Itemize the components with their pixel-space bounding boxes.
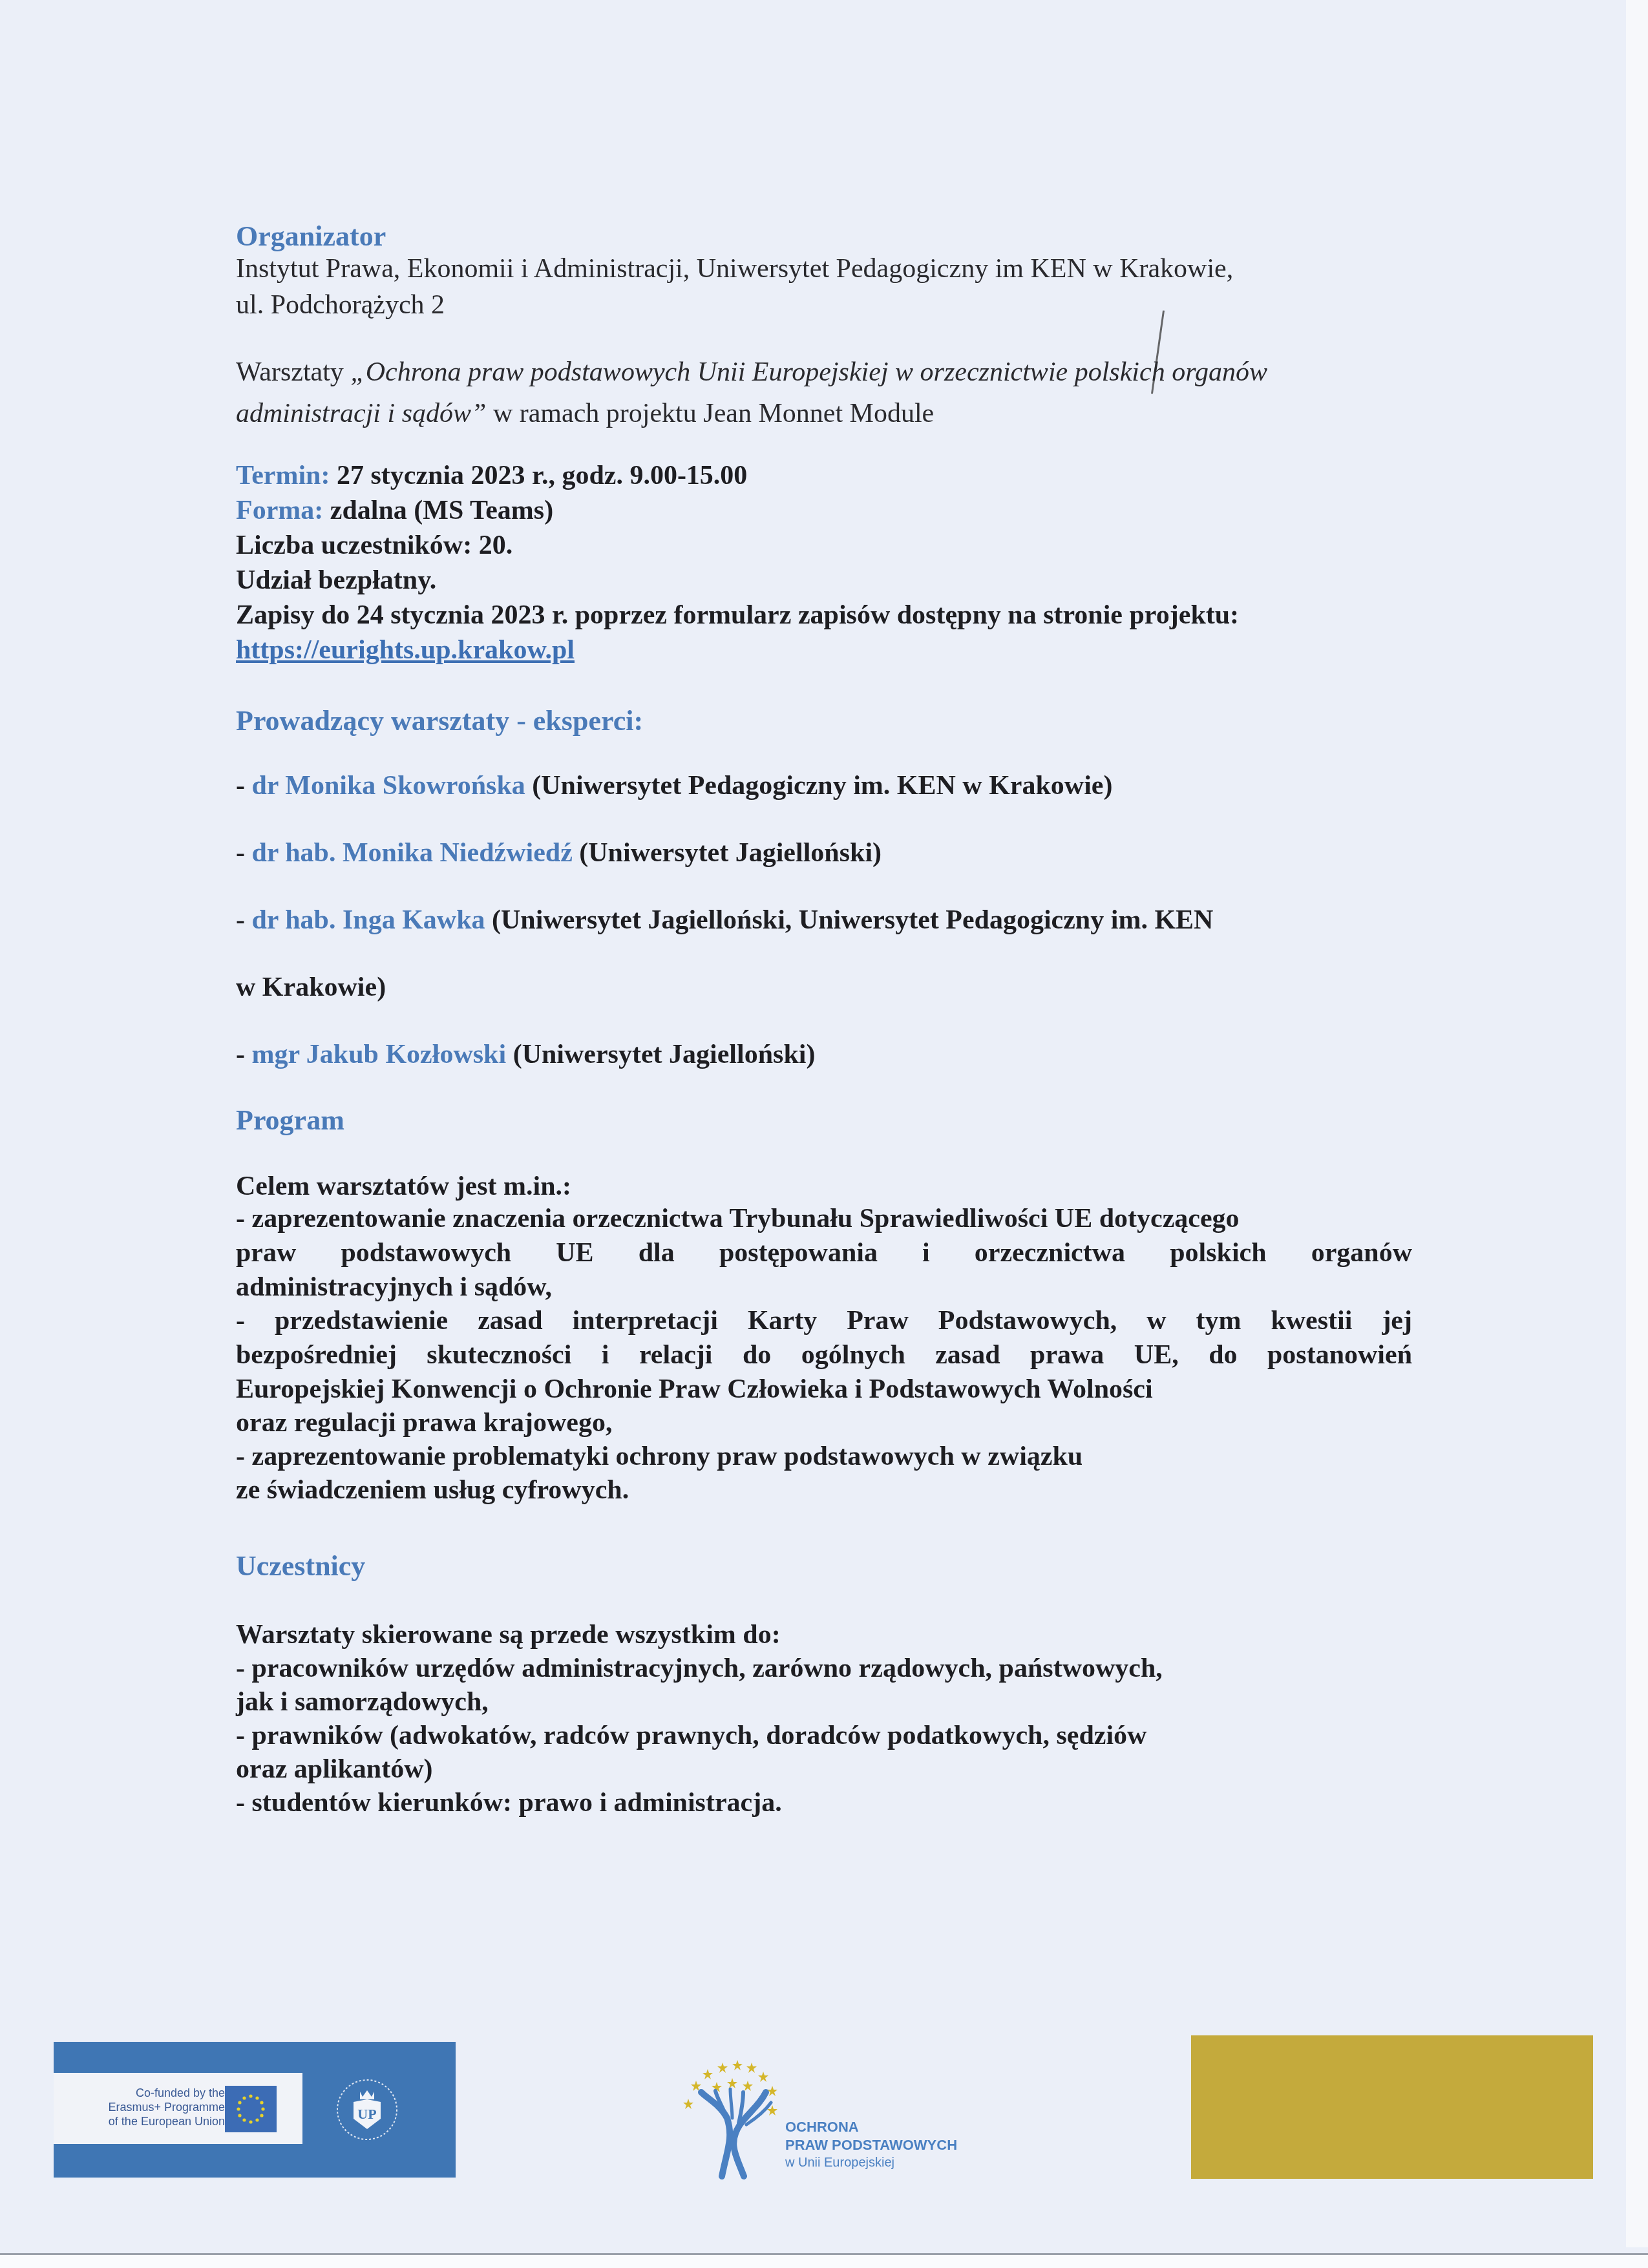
participants-line: - prawników (adwokatów, radców prawnych,… [236,1720,1146,1751]
program-line: ze świadczeniem usług cyfrowych. [236,1475,629,1506]
date-row: Termin: 27 stycznia 2023 r., godz. 9.00-… [236,460,747,491]
date-value: 27 stycznia 2023 r., godz. 9.00-15.00 [330,461,747,490]
gold-placeholder-block [1191,2035,1593,2179]
registration-info: Zapisy do 24 stycznia 2023 r. poprzez fo… [236,600,1239,631]
participants-line: jak i samorządowych, [236,1686,489,1717]
expert-dash: - [236,838,252,868]
workshop-suffix: w ramach projektu Jean Monnet Module [486,399,934,428]
expert-affiliation-continued: w Krakowie) [236,972,386,1003]
expert-item: - mgr Jakub Kozłowski (Uniwersytet Jagie… [236,1039,815,1070]
form-row: Forma: zdalna (MS Teams) [236,495,553,526]
program-line: praw podstawowych UE dla postępowania i … [236,1237,1412,1268]
program-line: oraz regulacji prawa krajowego, [236,1407,612,1438]
program-line: - zaprezentowanie problematyki ochrony p… [236,1441,1083,1472]
erasmus-white-band: Co-funded by the Erasmus+ Programme of t… [54,2073,302,2144]
expert-name: mgr Jakub Kozłowski [252,1040,507,1069]
svg-text:UP: UP [357,2106,376,2122]
expert-affiliation: (Uniwersytet Pedagogiczny im. KEN w Krak… [525,771,1113,801]
erasmus-cofunded-logo: Co-funded by the Erasmus+ Programme of t… [54,2042,456,2178]
participants-line: - pracowników urzędów administracyjnych,… [236,1653,1163,1684]
up-university-crest-icon: UP [332,2077,403,2142]
participants-heading: Uczestnicy [236,1549,365,1582]
program-intro: Celem warsztatów jest m.in.: [236,1171,571,1202]
workshop-prefix: Warsztaty [236,357,350,387]
project-logo-line-2: PRAW PODSTAWOWYCH [785,2136,957,2154]
organizer-line-1: Instytut Prawa, Ekonomii i Administracji… [236,253,1233,284]
expert-item: - dr hab. Monika Niedźwiedź (Uniwersytet… [236,837,882,868]
expert-dash: - [236,771,252,801]
organizer-line-2: ul. Podchorążych 2 [236,289,445,320]
expert-name: dr hab. Inga Kawka [252,905,485,935]
project-logo-line-3: w Unii Europejskiej [785,2154,957,2171]
project-link[interactable]: https://eurights.up.krakow.pl [236,635,575,666]
project-logo: OCHRONA PRAW PODSTAWOWYCH w Unii Europej… [682,2041,966,2183]
expert-item: - dr hab. Inga Kawka (Uniwersytet Jagiel… [236,905,1213,936]
program-line: bezpośredniej skuteczności i relacji do … [236,1339,1412,1370]
participants-intro: Warsztaty skierowane są przede wszystkim… [236,1619,781,1650]
expert-name: dr Monika Skowrońska [252,771,525,801]
experts-heading: Prowadzący warsztaty - eksperci: [236,704,643,737]
program-line: - zaprezentowanie znaczenia orzecznictwa… [236,1203,1240,1234]
participants-line: - studentów kierunków: prawo i administr… [236,1787,782,1818]
form-label: Forma: [236,496,323,525]
eu-flag-icon [225,2086,277,2132]
participants-line: oraz aplikantów) [236,1754,433,1785]
program-line: Europejskiej Konwencji o Ochronie Praw C… [236,1374,1153,1405]
program-line: administracyjnych i sądów, [236,1272,552,1303]
project-logo-line-1: OCHRONA [785,2118,957,2136]
expert-affiliation: (Uniwersytet Jagielloński) [506,1040,815,1069]
fee-info: Udział bezpłatny. [236,565,436,596]
participants-limit: Liczba uczestników: 20. [236,530,512,561]
expert-dash: - [236,905,252,935]
erasmus-text-line: Erasmus+ Programme [108,2100,225,2114]
workshop-title-part-2: administracji i sądów” [236,399,486,428]
workshop-title-line-2: administracji i sądów” w ramach projektu… [236,398,934,429]
organizer-heading: Organizator [236,220,386,253]
workshop-title-line-1: Warsztaty „Ochrona praw podstawowych Uni… [236,357,1267,388]
form-value: zdalna (MS Teams) [323,496,553,525]
erasmus-text-line: of the European Union [108,2114,225,2128]
expert-affiliation: (Uniwersytet Jagielloński) [573,838,882,868]
program-heading: Program [236,1104,344,1137]
erasmus-text-line: Co-funded by the [108,2086,225,2100]
expert-item: - dr Monika Skowrońska (Uniwersytet Peda… [236,770,1112,801]
tree-with-stars-icon [682,2041,785,2183]
erasmus-text: Co-funded by the Erasmus+ Programme of t… [108,2086,225,2128]
expert-dash: - [236,1040,252,1069]
expert-affiliation: (Uniwersytet Jagielloński, Uniwersytet P… [485,905,1214,935]
project-logo-text: OCHRONA PRAW PODSTAWOWYCH w Unii Europej… [785,2118,957,2171]
program-line: - przedstawienie zasad interpretacji Kar… [236,1305,1412,1336]
page-bottom-edge [0,2253,1648,2268]
expert-name: dr hab. Monika Niedźwiedź [252,838,573,868]
workshop-title-part-1: „Ochrona praw podstawowych Unii Europejs… [350,357,1267,387]
date-label: Termin: [236,461,330,490]
page-edge [1626,0,1648,2247]
